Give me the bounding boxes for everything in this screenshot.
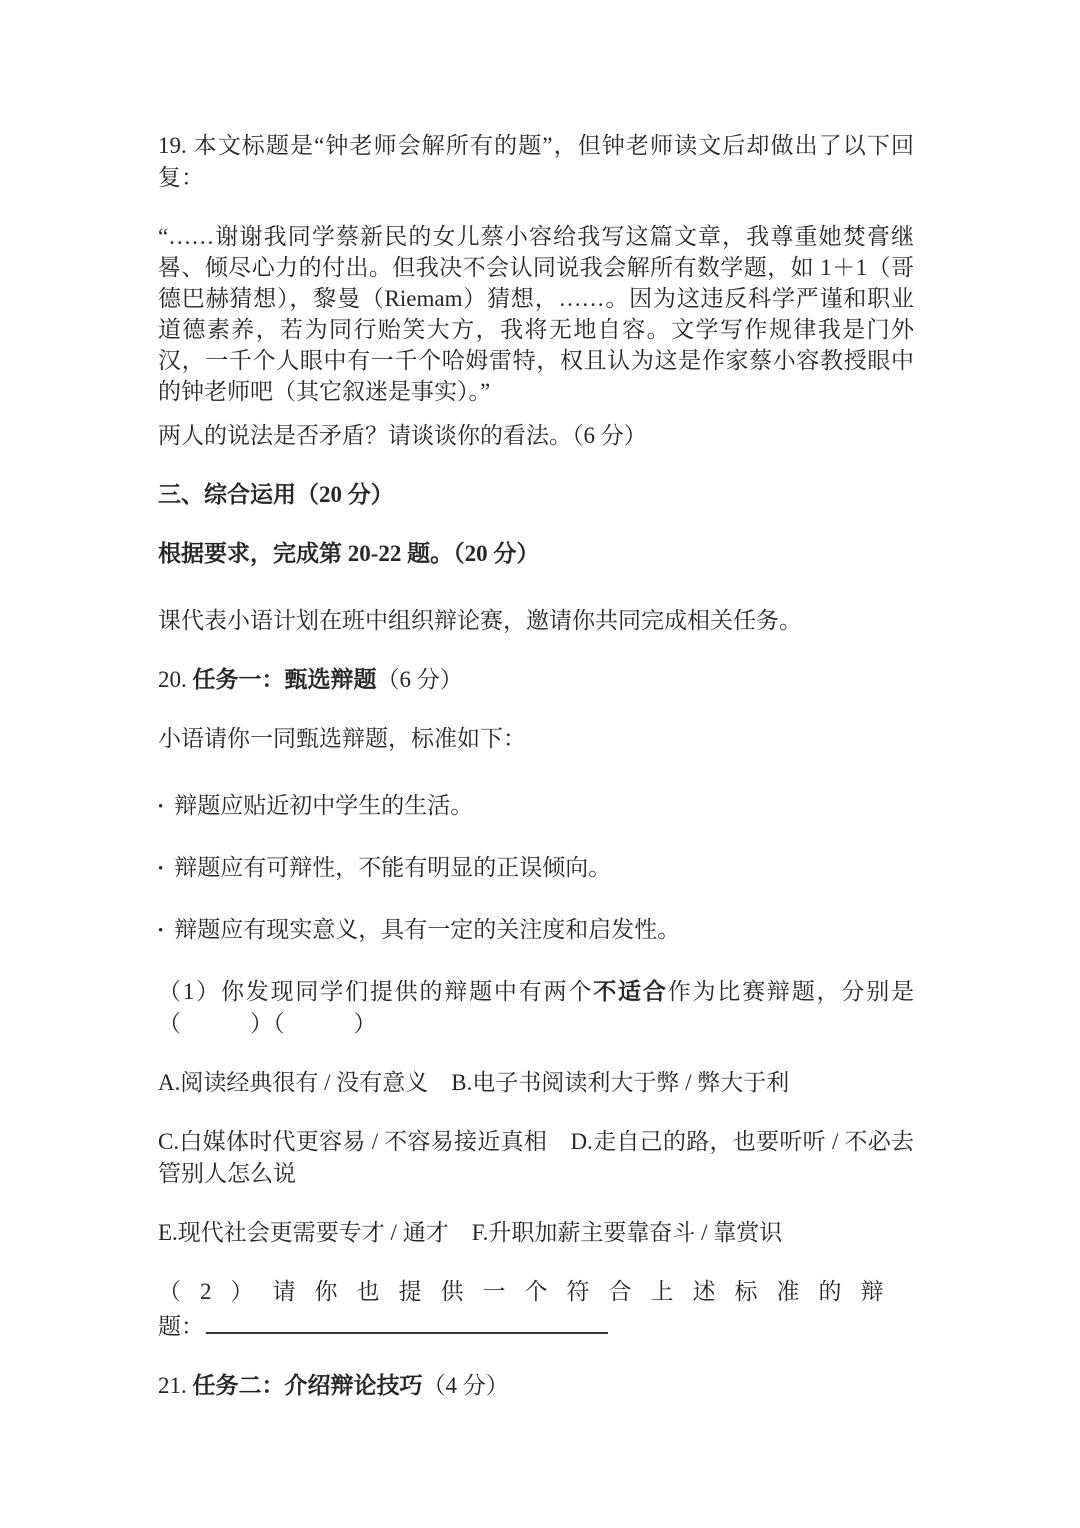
criterion-text: 辩题应有现实意义，具有一定的关注度和启发性。 <box>174 914 680 946</box>
q20-sub1-after: 作为比赛辩题，分别是 <box>668 979 914 1004</box>
q20-sub1: （1）你发现同学们提供的辩题中有两个不适合作为比赛辩题，分别是（ ）（ ） <box>158 976 914 1040</box>
q20-lead: 小语请你一同甄选辩题，标准如下： <box>158 723 914 755</box>
q20-sub1-emphasis: 不适合 <box>593 979 667 1004</box>
criterion-item-1: •辩题应贴近初中学生的生活。 <box>158 790 914 825</box>
criterion-item-2: •辩题应有可辩性，不能有明显的正误倾向。 <box>158 852 914 887</box>
bullet-icon: • <box>158 853 163 885</box>
q20-number: 20. <box>158 667 193 692</box>
exam-content: 19. 本文标题是“钟老师会解所有的题”，但钟老师读文后却做出了以下回复： “…… <box>158 130 914 1429</box>
section3-heading: 三、综合运用（20 分） <box>158 479 914 511</box>
criterion-text: 辩题应有可辩性，不能有明显的正误倾向。 <box>174 852 611 884</box>
q20-sub2: （2）请你也提供一个符合上述标准的辩题： <box>158 1276 914 1343</box>
q20-sub2-line2: 题： <box>158 1308 914 1343</box>
q21-title-score: （4 分） <box>423 1373 509 1398</box>
q20-options-cd: C.白媒体时代更容易 / 不容易接近真相 D.走自己的路，也要听听 / 不必去管… <box>158 1126 914 1190</box>
q20-sub1-blanks: （ ）（ ） <box>158 1008 914 1040</box>
q19-question: 两人的说法是否矛盾？请谈谈你的看法。（6 分） <box>158 420 914 452</box>
answer-blank-line <box>206 1308 608 1334</box>
bullet-icon: • <box>158 915 163 947</box>
section3-context: 课代表小语计划在班中组织辩论赛，邀请你共同完成相关任务。 <box>158 605 914 637</box>
criterion-text: 辩题应贴近初中学生的生活。 <box>174 790 473 822</box>
section3-instruction: 根据要求，完成第 20-22 题。（20 分） <box>158 538 914 570</box>
q21-title: 21. 任务二：介绍辩论技巧（4 分） <box>158 1370 914 1402</box>
q20-title-score: （6 分） <box>377 667 463 692</box>
q20-options-ab: A.阅读经典很有 / 没有意义 B.电子书阅读利大于弊 / 弊大于利 <box>158 1067 914 1099</box>
q21-title-text: 任务二：介绍辩论技巧 <box>193 1373 423 1398</box>
q20-sub2-line1: （2）请你也提供一个符合上述标准的辩 <box>158 1276 914 1308</box>
q20-sub1-before: （1）你发现同学们提供的辩题中有两个 <box>158 979 593 1004</box>
q20-title-text: 任务一：甄选辩题 <box>193 667 377 692</box>
q20-options-ef: E.现代社会更需要专才 / 通才 F.升职加薪主要靠奋斗 / 靠赏识 <box>158 1217 914 1249</box>
q19-intro: 19. 本文标题是“钟老师会解所有的题”，但钟老师读文后却做出了以下回复： <box>158 130 914 194</box>
bullet-icon: • <box>158 791 163 823</box>
q21-number: 21. <box>158 1373 193 1398</box>
q20-sub1-line1: （1）你发现同学们提供的辩题中有两个不适合作为比赛辩题，分别是 <box>158 976 914 1008</box>
q20-title: 20. 任务一：甄选辩题（6 分） <box>158 664 914 696</box>
criterion-item-3: •辩题应有现实意义，具有一定的关注度和启发性。 <box>158 914 914 949</box>
q20-sub2-prefix: 题： <box>158 1314 204 1339</box>
q19-teacher-reply: “……谢谢我同学蔡新民的女儿蔡小容给我写这篇文章，我尊重她焚膏继晷、倾尽心力的付… <box>158 221 914 407</box>
exam-page: 19. 本文标题是“钟老师会解所有的题”，但钟老师读文后却做出了以下回复： “…… <box>0 0 1080 1528</box>
